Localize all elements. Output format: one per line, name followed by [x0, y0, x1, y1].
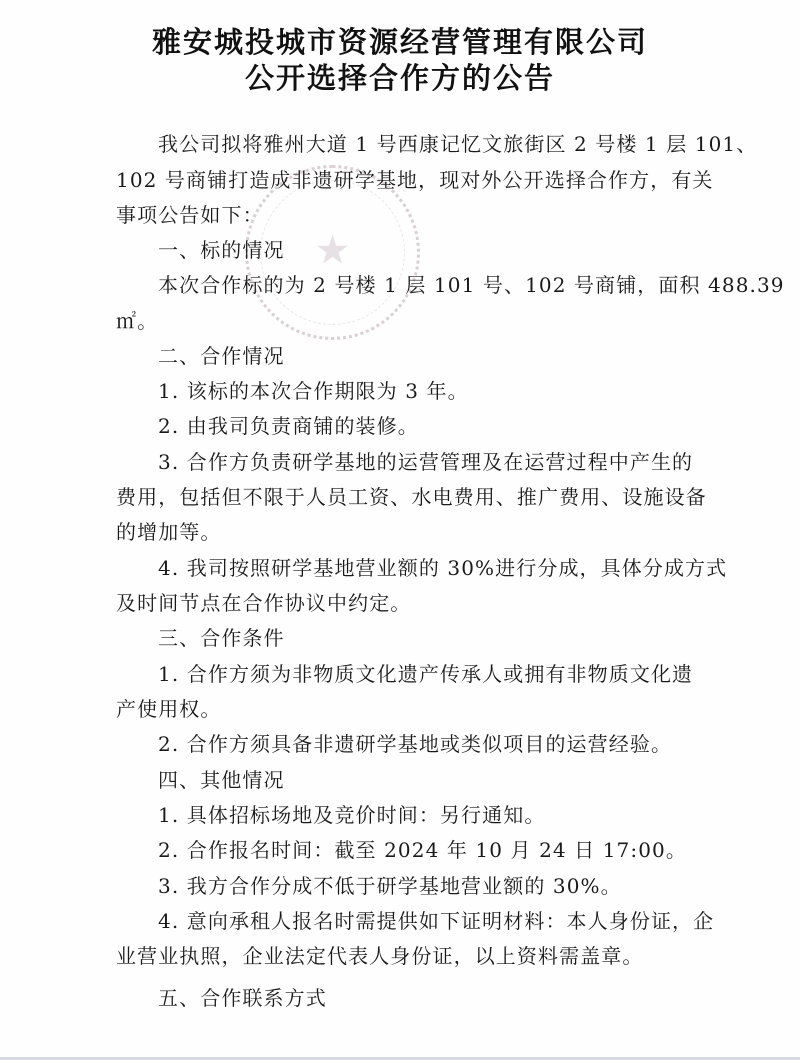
section-3-item-1-cont: 产使用权。: [116, 695, 716, 723]
intro-paragraph-line: 102 号商铺打造成非遗研学基地，现对外公开选择合作方，有关: [116, 166, 716, 194]
section-heading-3: 三、合作条件: [158, 624, 758, 652]
section-4-item-3: 3. 我方合作分成不低于研学基地营业额的 30%。: [158, 872, 758, 900]
section-4-item-4: 4. 意向承租人报名时需提供如下证明材料：本人身份证，企: [158, 907, 758, 935]
section-heading-4: 四、其他情况: [158, 766, 758, 794]
section-4-item-1: 1. 具体招标场地及竞价时间：另行通知。: [158, 801, 758, 829]
section-heading-2: 二、合作情况: [158, 342, 758, 370]
section-heading-5: 五、合作联系方式: [158, 984, 758, 1012]
section-3-item-2: 2. 合作方须具备非遗研学基地或类似项目的运营经验。: [158, 730, 758, 758]
intro-paragraph-line: 事项公告如下：: [116, 201, 716, 229]
section-2-item-4: 4. 我司按照研学基地营业额的 30%进行分成，具体分成方式: [158, 554, 758, 582]
intro-paragraph-line: 我公司拟将雅州大道 1 号西康记忆文旅街区 2 号楼 1 层 101、: [158, 130, 758, 158]
section-2-item-3-cont: 费用，包括但不限于人员工资、水电费用、推广费用、设施设备: [116, 483, 716, 511]
section-4-item-4-cont: 业营业执照，企业法定代表人身份证，以上资料需盖章。: [116, 942, 716, 970]
section-1-paragraph-line: ㎡。: [116, 307, 716, 335]
section-2-item-3-cont: 的增加等。: [116, 518, 716, 546]
section-2-item-2: 2. 由我司负责商铺的装修。: [158, 412, 758, 440]
section-2-item-1: 1. 该标的本次合作期限为 3 年。: [158, 377, 758, 405]
section-3-item-1: 1. 合作方须为非物质文化遗产传承人或拥有非物质文化遗: [158, 660, 758, 688]
section-4-item-2: 2. 合作报名时间：截至 2024 年 10 月 24 日 17:00。: [158, 836, 758, 864]
section-heading-1: 一、标的情况: [158, 236, 758, 264]
section-2-item-3: 3. 合作方负责研学基地的运营管理及在运营过程中产生的: [158, 448, 758, 476]
document-title-line1: 雅安城投城市资源经营管理有限公司: [0, 24, 800, 60]
document-page: ★ 雅安城投城市资源经营管理有限公司 公开选择合作方的公告 我公司拟将雅州大道 …: [0, 0, 800, 1060]
section-1-paragraph-line: 本次合作标的为 2 号楼 1 层 101 号、102 号商铺，面积 488.39: [158, 271, 758, 299]
section-2-item-4-cont: 及时间节点在合作协议中约定。: [116, 589, 716, 617]
document-title-line2: 公开选择合作方的公告: [0, 60, 800, 96]
